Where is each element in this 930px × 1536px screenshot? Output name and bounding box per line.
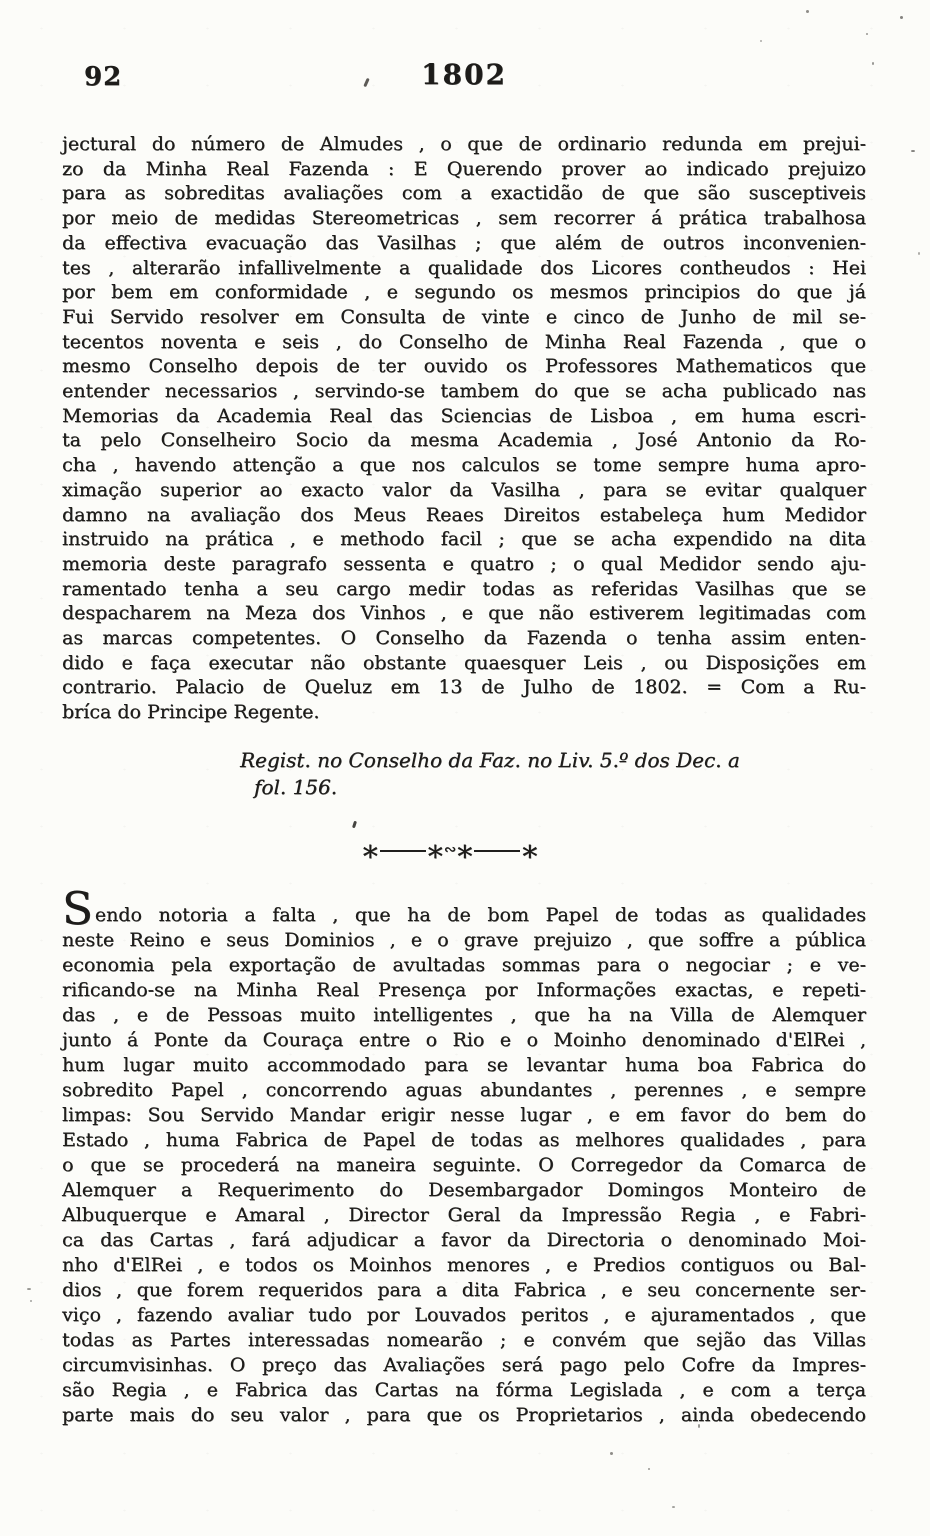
text-line: ta pelo Conselheiro Socio da mesma Acade… xyxy=(62,428,866,453)
text-line: entender necessarios , servindo-se tambe… xyxy=(62,379,866,404)
scan-speckle xyxy=(698,1424,700,1428)
asterisk-glyph: * xyxy=(363,843,378,873)
text-line: sobredito Papel , concorrendo aguas abun… xyxy=(62,1078,866,1103)
text-line: dios , que forem requeridos para a dita … xyxy=(62,1278,866,1303)
text-line: bríca do Principe Regente. xyxy=(62,700,866,725)
text-line: damno na avaliação dos Meus Reaes Direit… xyxy=(62,503,866,528)
drop-cap-initial: S xyxy=(62,882,93,935)
text-line: Fui Servido resolver em Consulta de vint… xyxy=(62,305,866,330)
text-line: são Regia , e Fabrica das Cartas na fórm… xyxy=(62,1378,866,1403)
page-body: jectural do número de Almudes , o que de… xyxy=(62,132,866,1428)
text-line: por bem em conformidade , e segundo os m… xyxy=(62,280,866,305)
decree-paragraph-paper-factory: Sendo notoria a falta , que ha de bom Pa… xyxy=(62,903,866,1428)
text-line: instruido na prática , e methodo facil ;… xyxy=(62,527,866,552)
text-line: ca das Cartas , fará adjudicar a favor d… xyxy=(62,1228,866,1253)
text-line: tecentos noventa e seis , do Conselho de… xyxy=(62,330,866,355)
text-line: para as sobreditas avaliações com a exac… xyxy=(62,181,866,206)
text-line: nho d'ElRei , e todos os Moinhos menores… xyxy=(62,1253,866,1278)
asterisk-glyph: * xyxy=(522,843,537,873)
text-line: junto á Ponte da Couraça entre o Rio e o… xyxy=(62,1028,866,1053)
text-line: viço , fazendo avaliar tudo por Louvados… xyxy=(62,1303,866,1328)
scan-speckle xyxy=(30,1300,32,1302)
scan-speckle xyxy=(918,252,920,255)
text-line: contrario. Palacio de Queluz em 13 de Ju… xyxy=(62,675,866,700)
text-line: Albuquerque e Amaral , Director Geral da… xyxy=(62,1203,866,1228)
text-line: as marcas competentes. O Conselho da Faz… xyxy=(62,626,866,651)
squiggle-glyph: ∾ xyxy=(444,840,457,858)
scan-speckle xyxy=(760,40,762,42)
scan-speckle xyxy=(866,33,868,35)
text-line: hum lugar muito accommodado para se leva… xyxy=(62,1053,866,1078)
text-line: cha , havendo attenção a que nos calculo… xyxy=(62,453,866,478)
text-line: Sendo notoria a falta , que ha de bom Pa… xyxy=(62,903,866,928)
register-note-line2: fol. 156. xyxy=(62,774,866,801)
text-line: parte mais do seu valor , para que os Pr… xyxy=(62,1403,866,1428)
scan-speckle xyxy=(648,1468,650,1470)
scan-speckle xyxy=(27,1288,31,1290)
page-header: 92 1802 xyxy=(62,58,866,98)
scan-speckle xyxy=(806,10,809,13)
text-line: Estado , huma Fabrica de Papel de todas … xyxy=(62,1128,866,1153)
scan-speckle xyxy=(872,62,874,65)
asterisk-glyph: * xyxy=(457,843,472,873)
text-line: tes , alterarão infallivelmente a qualid… xyxy=(62,256,866,281)
text-line: circumvisinhas. O preço das Avaliações s… xyxy=(62,1353,866,1378)
text-line: zo da Minha Real Fazenda : E Querendo pr… xyxy=(62,157,866,182)
divider-line xyxy=(474,850,520,852)
text-line: por meio de medidas Stereometricas , sem… xyxy=(62,206,866,231)
text-line: Memorias da Academia Real das Sciencias … xyxy=(62,404,866,429)
stray-ink-mark xyxy=(352,821,357,829)
asterisk-glyph: * xyxy=(428,843,443,873)
text-line: ramentado tenha a seu cargo medir todas … xyxy=(62,577,866,602)
text-line: neste Reino e seus Dominios , e o grave … xyxy=(62,928,866,953)
scan-speckle xyxy=(672,1506,675,1508)
divider-line xyxy=(380,850,426,852)
text-line: todas as Partes interessadas nomearão ; … xyxy=(62,1328,866,1353)
text-line: da effectiva evacuação das Vasilhas ; qu… xyxy=(62,231,866,256)
text-line: economia pela exportação de avultadas so… xyxy=(62,953,866,978)
register-note: Regist. no Conselho da Faz. no Liv. 5.º … xyxy=(62,747,866,801)
text-line: memoria deste paragrafo sessenta e quatr… xyxy=(62,552,866,577)
text-line: o que se procederá na maneira seguinte. … xyxy=(62,1153,866,1178)
text-line: ximação superior ao exacto valor da Vasi… xyxy=(62,478,866,503)
text-line: Alemquer a Requerimento do Desembargador… xyxy=(62,1178,866,1203)
text-line: jectural do número de Almudes , o que de… xyxy=(62,132,866,157)
section-divider-ornament: * * ∾ * * xyxy=(355,837,545,863)
text-line: mesmo Conselho depois de ter ouvido os P… xyxy=(62,354,866,379)
scan-speckle xyxy=(911,150,915,152)
scan-speckle xyxy=(610,1452,613,1455)
scan-speckle xyxy=(900,16,903,19)
text-line: rificando-se na Minha Real Presença por … xyxy=(62,978,866,1003)
text-line: limpas: Sou Servido Mandar erigir nesse … xyxy=(62,1103,866,1128)
first-line-text: endo notoria a falta , que ha de bom Pap… xyxy=(95,904,866,926)
year-heading: 1802 xyxy=(62,58,866,91)
scanned-book-page: 92 1802 jectural do número de Almudes , … xyxy=(0,0,930,1536)
register-note-line1: Regist. no Conselho da Faz. no Liv. 5.º … xyxy=(62,747,866,774)
text-line: das , e de Pessoas muito intelligentes ,… xyxy=(62,1003,866,1028)
decree-paragraph-vessels: jectural do número de Almudes , o que de… xyxy=(62,132,866,725)
text-line: despacharem na Meza dos Vinhos , e que n… xyxy=(62,601,866,626)
text-line: dido e faça executar não obstante quaesq… xyxy=(62,651,866,676)
